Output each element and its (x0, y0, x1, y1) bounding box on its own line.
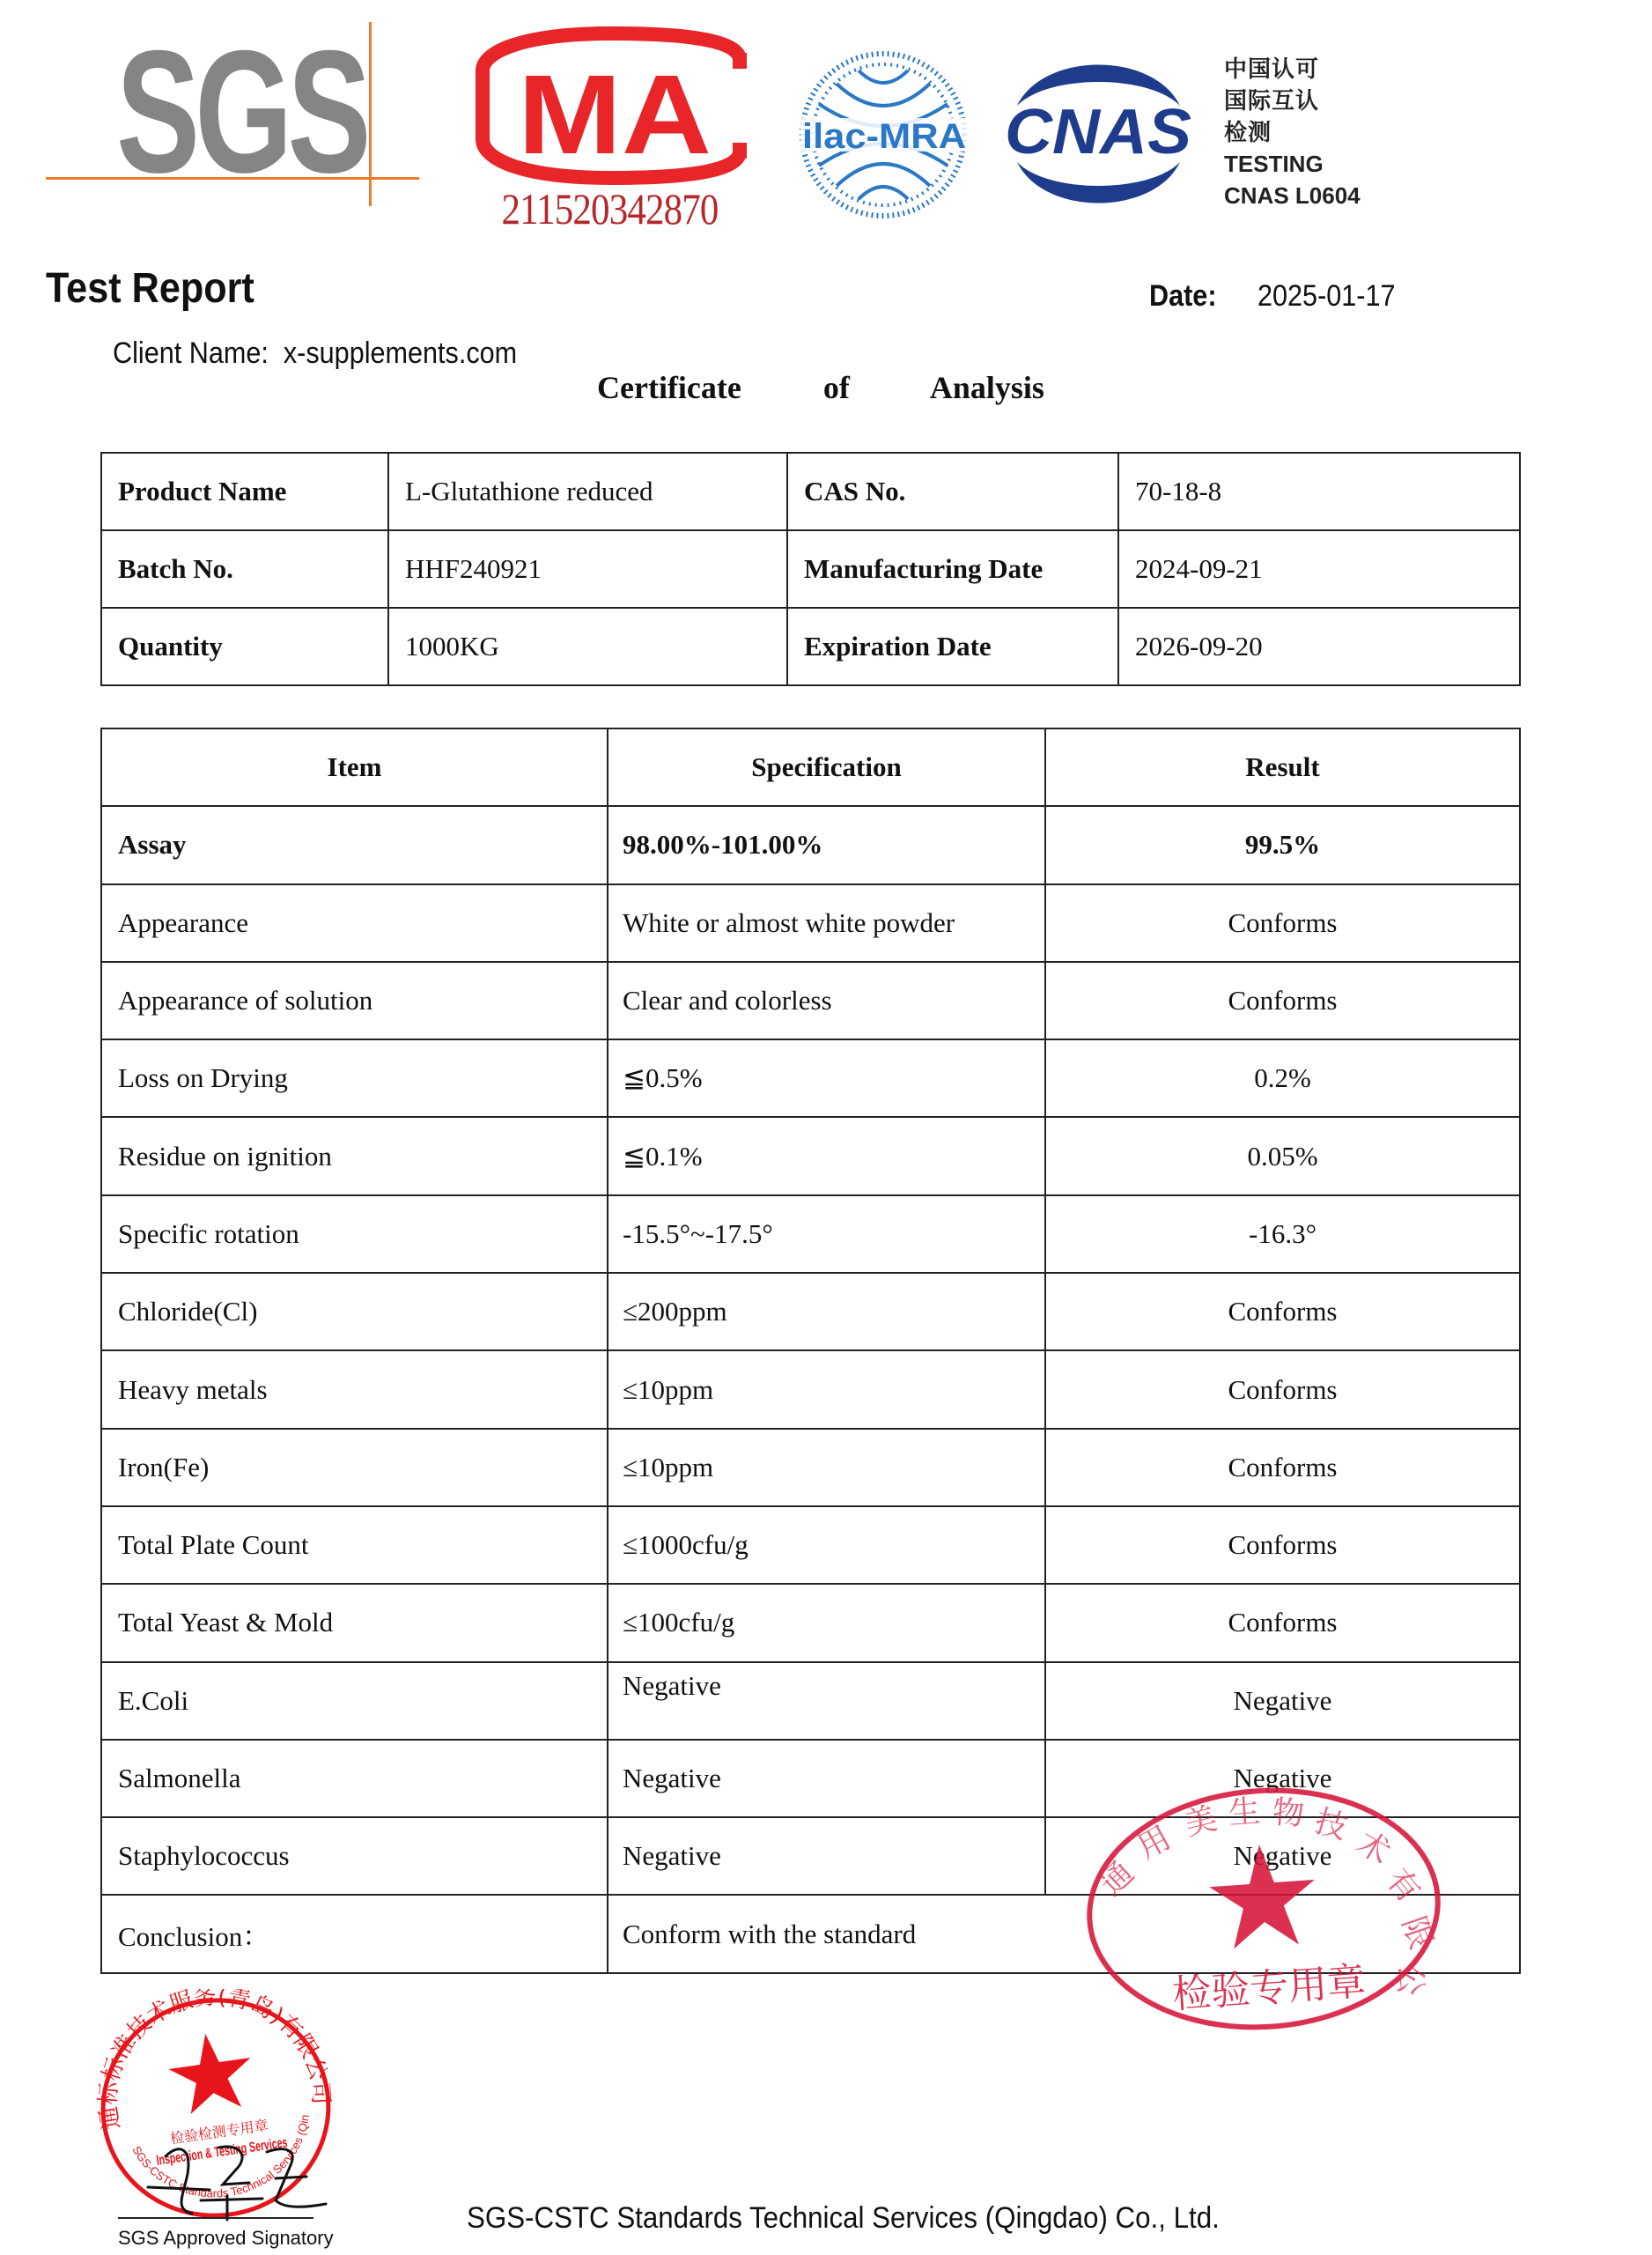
info-value: 2026-09-20 (1118, 608, 1520, 685)
sgs-logo-orange-vertical (369, 22, 372, 206)
table-row: Loss on Drying≦0.5%0.2% (101, 1039, 1520, 1117)
table-row: Chloride(Cl)≤200ppmConforms (101, 1273, 1520, 1350)
svg-text:检验检测专用章: 检验检测专用章 (169, 2117, 269, 2147)
cnas-caption-line: 国际互认 (1224, 85, 1400, 116)
item-cell: E.Coli (101, 1662, 608, 1740)
sgs-inspection-seal-icon: 检验检测专用章 Inspection & Testing Services 通标… (95, 1989, 337, 2227)
info-label: Quantity (101, 608, 388, 685)
item-cell: Specific rotation (101, 1195, 608, 1273)
sgs-logo-orange-baseline (46, 177, 419, 180)
specification-cell: ≤100cfu/g (608, 1584, 1045, 1661)
specification-cell: ≤10ppm (608, 1429, 1045, 1506)
client-name: Client Name: x-supplements.com (113, 336, 517, 371)
table-row: Heavy metals≤10ppmConforms (101, 1350, 1520, 1428)
item-cell: Total Yeast & Mold (101, 1584, 608, 1661)
item-cell: Chloride(Cl) (101, 1273, 608, 1350)
cnas-accreditation-caption: 中国认可 国际互认 检测 TESTING CNAS L0604 (1224, 53, 1400, 211)
svg-text:ilac-MRA: ilac-MRA (802, 117, 966, 156)
signatory-label: SGS Approved Signatory (118, 2226, 334, 2251)
info-label: Product Name (101, 453, 388, 530)
item-cell: Loss on Drying (101, 1039, 608, 1117)
table-row: E.ColiNegativeNegative (101, 1662, 1520, 1740)
specification-cell: 98.00%-101.00% (608, 806, 1045, 884)
product-info-table: Product Name L-Glutathione reduced CAS N… (100, 452, 1521, 686)
svg-text:SGS-CSTC Standards Technical S: SGS-CSTC Standards Technical Services (Q… (95, 1989, 321, 2216)
table-row: StaphylococcusNegativeNegative (101, 1817, 1520, 1895)
table-row: Assay98.00%-101.00%99.5% (101, 806, 1520, 884)
info-label: Batch No. (101, 530, 388, 608)
specification-cell: Negative (608, 1817, 1045, 1895)
item-cell: Assay (101, 806, 608, 884)
cnas-caption-line: CNAS L0604 (1224, 180, 1400, 211)
result-cell: Conforms (1045, 1350, 1520, 1428)
cma-registration-number: 211520342870 (494, 187, 725, 231)
table-row: Total Yeast & Mold≤100cfu/gConforms (101, 1584, 1520, 1661)
conclusion-label: Conclusion： (101, 1895, 608, 1972)
item-cell: Salmonella (101, 1740, 608, 1817)
result-cell: Negative (1045, 1662, 1520, 1740)
date-label: Date: (1149, 278, 1217, 314)
item-cell: Staphylococcus (101, 1817, 608, 1895)
result-cell: Conforms (1045, 1273, 1520, 1350)
svg-text:Inspection & Testing Services: Inspection & Testing Services (156, 2135, 289, 2169)
info-row: Product Name L-Glutathione reduced CAS N… (101, 453, 1520, 530)
info-value: L-Glutathione reduced (388, 453, 787, 530)
specification-cell: ≦0.5% (608, 1039, 1045, 1117)
date-value: 2025-01-17 (1257, 278, 1396, 314)
specification-cell: ≤1000cfu/g (608, 1506, 1045, 1584)
cnas-caption-line: TESTING (1224, 148, 1400, 180)
conclusion-row: Conclusion：Conform with the standard (101, 1895, 1520, 1972)
item-cell: Appearance (101, 884, 608, 962)
table-row: Specific rotation-15.5°~-17.5°-16.3° (101, 1195, 1520, 1273)
specification-cell: ≦0.1% (608, 1117, 1045, 1194)
cnas-caption-line: 检测 (1224, 116, 1400, 148)
svg-text:CNAS: CNAS (1005, 97, 1191, 167)
table-header-row: Item Specification Result (101, 728, 1520, 806)
info-label: Manufacturing Date (787, 530, 1118, 608)
specification-cell: Negative (608, 1740, 1045, 1817)
result-cell: 99.5% (1045, 806, 1520, 884)
specification-cell: Clear and colorless (608, 962, 1045, 1039)
item-cell: Residue on ignition (101, 1117, 608, 1194)
result-cell: Conforms (1045, 1584, 1520, 1661)
table-row: Total Plate Count≤1000cfu/gConforms (101, 1506, 1520, 1584)
result-cell: Conforms (1045, 962, 1520, 1039)
result-cell: Conforms (1045, 884, 1520, 962)
cnas-caption-line: 中国认可 (1224, 53, 1400, 85)
column-header-item: Item (101, 728, 608, 806)
result-cell: -16.3° (1045, 1195, 1520, 1273)
table-row: AppearanceWhite or almost white powderCo… (101, 884, 1520, 962)
conclusion-value: Conform with the standard (608, 1895, 1520, 1972)
info-value: HHF240921 (388, 530, 787, 608)
item-cell: Heavy metals (101, 1350, 608, 1428)
result-cell: Negative (1045, 1817, 1520, 1895)
specification-cell: White or almost white powder (608, 884, 1045, 962)
item-cell: Iron(Fe) (101, 1429, 608, 1506)
specification-cell: -15.5°~-17.5° (608, 1195, 1045, 1273)
specification-cell: Negative (608, 1662, 1045, 1740)
info-value: 2024-09-21 (1118, 530, 1520, 608)
result-cell: Conforms (1045, 1506, 1520, 1584)
specification-cell: ≤200ppm (608, 1273, 1045, 1350)
table-row: SalmonellaNegativeNegative (101, 1740, 1520, 1817)
report-title: Test Report (46, 262, 254, 315)
info-row: Quantity 1000KG Expiration Date 2026-09-… (101, 608, 1520, 685)
table-row: Residue on ignition≦0.1%0.05% (101, 1117, 1520, 1194)
table-row: Iron(Fe)≤10ppmConforms (101, 1429, 1520, 1506)
cma-c-frame-icon: MA (476, 26, 749, 185)
svg-text:通标标准技术服务(青岛)有限公司: 通标标准技术服务(青岛)有限公司 (95, 1989, 336, 2137)
info-row: Batch No. HHF240921 Manufacturing Date 2… (101, 530, 1520, 608)
svg-text:MA: MA (518, 52, 712, 178)
sgs-logo-text: SGS (116, 25, 366, 199)
result-cell: 0.2% (1045, 1039, 1520, 1117)
column-header-result: Result (1045, 728, 1520, 806)
certificate-title: Certificate of Analysis (597, 368, 1044, 407)
result-cell: Negative (1045, 1740, 1520, 1817)
result-cell: Conforms (1045, 1429, 1520, 1506)
item-cell: Total Plate Count (101, 1506, 608, 1584)
company-name-footer: SGS-CSTC Standards Technical Services (Q… (467, 2200, 1220, 2237)
sgs-logo: SGS (0, 0, 458, 229)
item-cell: Appearance of solution (101, 962, 608, 1039)
specification-cell: ≤10ppm (608, 1350, 1045, 1428)
cnas-logo: CNAS (999, 55, 1198, 213)
signature-line (118, 2217, 313, 2219)
cma-logo: MA 211520342870 (476, 26, 749, 233)
table-row: Appearance of solutionClear and colorles… (101, 962, 1520, 1039)
info-label: Expiration Date (787, 608, 1118, 685)
ilac-mra-logo: ilac-MRA (797, 44, 973, 229)
info-value: 1000KG (388, 608, 787, 685)
info-label: CAS No. (787, 453, 1118, 530)
column-header-specification: Specification (608, 728, 1045, 806)
info-value: 70-18-8 (1118, 453, 1520, 530)
result-cell: 0.05% (1045, 1117, 1520, 1194)
test-results-table: Item Specification Result Assay98.00%-10… (100, 728, 1521, 1974)
